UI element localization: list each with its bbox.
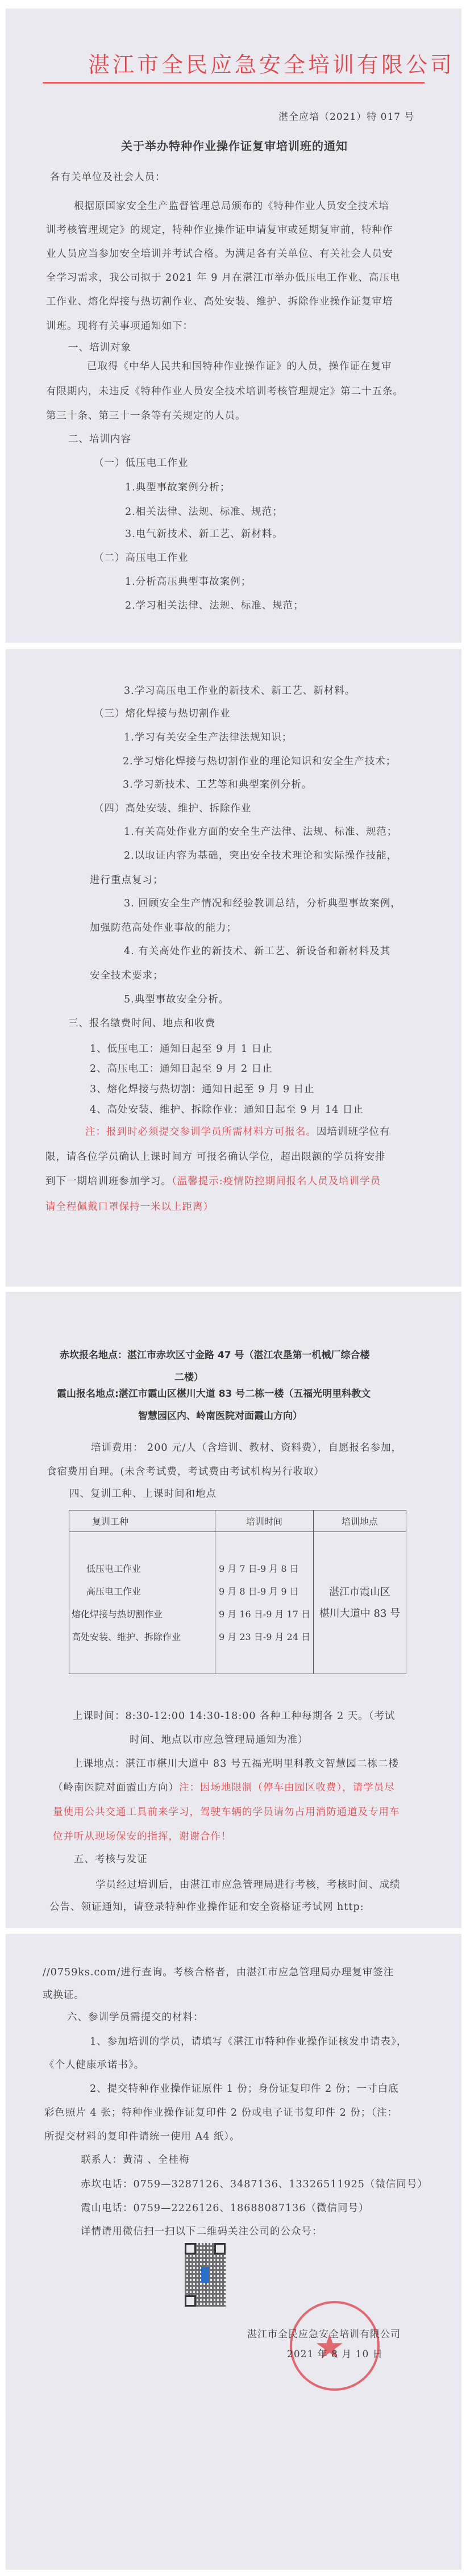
intro-line: 工作业、熔化焊接与热切割作业、高处安装、维护、拆除作业操作证复审培 [46, 294, 393, 308]
list-item: 进行重点复习； [90, 872, 164, 887]
table-row: 高处安装、维护、拆除作业 [69, 1626, 215, 1649]
signature-company: 湛江市全民应急安全培训有限公司 [247, 2326, 401, 2340]
qr-finder-icon [214, 2243, 226, 2254]
table-header: 复训工种 [69, 1510, 215, 1532]
list-item: 1.学习有关安全生产法律法规知识； [124, 730, 292, 744]
company-header: 湛江市全民应急安全培训有限公司 [88, 47, 455, 78]
group-title: （一）低压电工作业 [94, 455, 189, 469]
material-item: 2、提交特种作业操作证原件 1 份；身份证复印件 2 份；一寸白底 [90, 2081, 399, 2095]
list-item: 3.学习新技术、工艺等和典型案例分析。 [123, 777, 312, 791]
list-item: 1.典型事故案例分析； [125, 480, 230, 494]
section1-line: 已取得《中华人民共和国特种作业操作证》的人员，操作证在复审 [87, 359, 392, 373]
qr-finder-icon [185, 2295, 196, 2307]
group-title: （三）熔化焊接与热切割作业 [94, 706, 231, 720]
table-row: 9 月 16 日-9 月 17 日 [219, 1603, 313, 1626]
list-item: 3.电气新技术、新工艺、新材料。 [125, 526, 283, 540]
contact-people: 联系人：黄清 、全桂梅 [81, 2152, 190, 2166]
material-item: 彩色照片 4 张；特种作业操作证复印件 2 份或电子证书复印件 2 份；（注： [44, 2105, 398, 2119]
page-2: 3.学习高压电工作业的新技术、新工艺、新材料。 （三）熔化焊接与热切割作业 1.… [6, 649, 461, 1287]
chikan-phone: 赤坎电话：0759—3287126、3487136、13326511925（微信… [81, 2177, 428, 2191]
qr-logo-icon [201, 2267, 209, 2283]
class-place-landmark: （岭南医院对面霞山方向） [53, 1782, 179, 1793]
intro-line: 训考核管理规定》的规定，特种作业操作证申请复审或延期复审前，特种作 [46, 222, 393, 236]
registration-note-line1: 注：报到时必须提交参训学员所需材料方可报名。因培训班学位有 [85, 1124, 390, 1138]
job-type-cell: 低压电工作业 高压电工作业 熔化焊接与热切割作业 高处安装、维护、拆除作业 [69, 1532, 215, 1674]
group-title: （二）高压电工作业 [94, 550, 189, 564]
section5-line: 或换证。 [43, 1987, 85, 2001]
list-item: 1.分析高压典型事故案例； [125, 574, 251, 588]
doc-title: 关于举办特种作业操作证复审培训班的通知 [121, 137, 348, 153]
group-title: （四）高处安装、维护、拆除作业 [94, 801, 252, 815]
list-item: 2.相关法律、法规、标准、规范； [125, 504, 283, 518]
location-line: 椹川大道中 83 号 [314, 1603, 406, 1625]
intro-line: 业人员应当参加安全培训并考试合格。为满足各有关单位、有关社会人员安 [46, 246, 393, 260]
chikan-location: 赤坎报名地点：湛江市赤坎区寸金路 47 号（湛江农垦第一机械厂综合楼 [60, 1347, 370, 1361]
location-line: 湛江市霞山区 [314, 1582, 406, 1603]
section5-line: //0759ks.com/进行查询。考核合格者，由湛江市应急管理局办理复审签注 [43, 1965, 394, 1979]
parking-note: 位并听从现场保安的指挥，谢谢合作！ [53, 1829, 232, 1843]
page-1: 湛江市全民应急安全培训有限公司 湛全应培（2021）特 017 号 关于举办特种… [6, 9, 461, 643]
header-cell: 复训工种 [92, 1516, 128, 1527]
registration-note-red: 注：报到时必须提交参训学员所需材料方可报名。 [85, 1126, 317, 1138]
material-item: 《个人健康承诺书》。 [44, 2057, 144, 2071]
covid-reminder-line2: 请全程佩戴口罩保持一米以上距离） [45, 1199, 214, 1213]
material-item: 所提交材料的复印件请统一使用 A4 纸）。 [44, 2129, 240, 2143]
list-item: 2.学习熔化焊接与热切割作业的理论知识和安全生产技术； [123, 754, 396, 768]
section-heading: 二、培训内容 [68, 431, 131, 446]
list-item: 加强防范高处作业事故的能力； [90, 920, 237, 934]
registration-note-black: 到下一期培训班参加学习。 [45, 1176, 172, 1187]
deadline-item: 3、熔化焊接与热切割：通知日起至 9 月 9 日止 [90, 1081, 315, 1096]
section1-line: 第三十条、第三十一条等有关规定的人员。 [46, 408, 246, 422]
class-time: 时间、地点以市应急管理局通知为准） [130, 1732, 309, 1746]
section-heading: 六、参训学员需提交的材料： [67, 2009, 204, 2024]
xiashan-location: 智慧园区内、岭南医院对面霞山方向） [138, 1408, 302, 1422]
section-heading: 五、考核与发证 [74, 1851, 148, 1866]
table-row: 低压电工作业 [69, 1558, 215, 1580]
wechat-prompt: 详情请用微信扫一扫以下二维码关注公司的公众号： [81, 2224, 323, 2238]
class-place-line2: （岭南医院对面霞山方向）注：因场地限制（停车由园区收费），请学员尽 [53, 1780, 395, 1794]
schedule-table: 复训工种 培训时间 培训地点 低压电工作业 高压电工作业 熔化焊接与热切割作业 … [69, 1510, 406, 1674]
section-heading: 三、报名缴费时间、地点和收费 [68, 1016, 215, 1030]
deadline-item: 2、高压电工：通知日起至 9 月 2 日止 [90, 1061, 273, 1075]
list-item: 3. 回顾安全生产情况和经验教训总结，分析典型事故案例， [124, 896, 401, 910]
doc-number: 湛全应培（2021）特 017 号 [278, 109, 415, 123]
list-item: 安全技术要求； [90, 968, 164, 982]
deadline-item: 4、高处安装、维护、拆除作业：通知日起至 9 月 14 日止 [90, 1102, 364, 1116]
material-item: 1、参加培训的学员，请填写《湛江市特种作业操作证核发申请表》， [90, 2034, 407, 2048]
section-heading: 四、复训工种、上课时间和地点 [69, 1486, 217, 1500]
intro-line: 训班。现将有关事项通知如下： [46, 318, 193, 332]
xiashan-location: 霞山报名地点:湛江市霞山区椹川大道 83 号二栋一楼（五福光明里科教文 [57, 1385, 371, 1400]
salutation: 各有关单位及社会人员： [50, 169, 166, 184]
list-item: 2.学习相关法律、法规、标准、规范； [125, 598, 304, 612]
table-header: 培训时间 [215, 1510, 314, 1532]
time-cell: 9 月 7 日-9 月 8 日 9 月 8 日-9 月 9 日 9 月 16 日… [215, 1532, 314, 1674]
section5-line: 公告、领证通知，请登录特种作业操作证和安全资格证考试网 http: [49, 1899, 364, 1913]
table-row: 9 月 23 日-9 月 24 日 [219, 1626, 313, 1649]
parking-note: 量使用公共交通工具前来学习，驾驶车辆的学员请勿占用消防通道及专用车 [53, 1804, 400, 1818]
fee-line: 食宿费用自理。(未含考试费，考试费由考试机构另行收取） [47, 1464, 324, 1478]
section1-line: 有限期内，未违反《特种作业人员安全技术培训考核管理规定》第二十五条。 [46, 384, 403, 398]
header-cell: 培训地点 [342, 1516, 378, 1527]
class-place: 上课地点：湛江市椹川大道中 83 号五福光明里科教文智慧园二栋二楼 [73, 1756, 399, 1770]
class-time: 上课时间：8:30-12:00 14:30-18:00 各种工种每期各 2 天。… [73, 1708, 396, 1722]
page-3: 赤坎报名地点：湛江市赤坎区寸金路 47 号（湛江农垦第一机械厂综合楼 二楼） 霞… [6, 1292, 461, 1928]
chikan-location: 二楼） [174, 1369, 203, 1383]
list-item: 5.典型事故安全分析。 [124, 992, 229, 1006]
xiashan-phone: 霞山电话：0759—2226126、18688087136（微信同号） [81, 2200, 369, 2215]
parking-note: 注：因场地限制（停车由园区收费），请学员尽 [179, 1782, 395, 1793]
registration-note-black: 因培训班学位有 [317, 1126, 390, 1138]
location-cell: 湛江市霞山区 椹川大道中 83 号 [314, 1532, 406, 1674]
deadline-item: 1、低压电工：通知日起至 9 月 1 日止 [90, 1041, 273, 1055]
registration-note-line2: 限，请各位学员确认上课时间方 可报名确认学位，超出限额的学员将安排 [45, 1149, 386, 1163]
header-red-rule [43, 82, 425, 84]
table-row: 9 月 8 日-9 月 9 日 [219, 1580, 313, 1603]
page-4: //0759ks.com/进行查询。考核合格者，由湛江市应急管理局办理复审签注 … [6, 1934, 461, 2570]
signature-date: 2021 年 8 月 10 日 [287, 2346, 383, 2360]
intro-line: 根据原国家安全生产监督管理总局颁布的《特种作业人员安全技术培 [74, 198, 389, 213]
section-heading: 一、培训对象 [68, 340, 131, 354]
table-header: 培训地点 [314, 1510, 406, 1532]
fee-line: 培训费用： 200 元/人（含培训、教材、资料费），自愿报名参加， [91, 1440, 402, 1454]
header-cell: 培训时间 [246, 1516, 282, 1527]
table-row: 9 月 7 日-9 月 8 日 [219, 1558, 313, 1580]
list-item: 3.学习高压电工作业的新技术、新工艺、新材料。 [124, 683, 355, 697]
list-item: 1.有关高处作业方面的安全生产法律、法规、标准、规范； [124, 824, 397, 838]
table-row: 熔化焊接与热切割作业 [69, 1603, 215, 1626]
covid-reminder: （温馨提示:疫情防控期间报名人员及培训学员 [172, 1176, 381, 1187]
intro-line: 全学习需求，我公司拟于 2021 年 9 月在湛江市举办低压电工作业、高压电 [46, 270, 400, 284]
section5-line: 学员经过培训后，由湛江市应急管理局进行考核，考核时间、成绩 [95, 1877, 401, 1891]
wechat-qr-code[interactable] [185, 2243, 226, 2307]
list-item: 4. 有关高处作业的新技术、新工艺、新设备和新材料及其 [124, 943, 390, 958]
qr-finder-icon [185, 2243, 196, 2254]
table-row: 高压电工作业 [69, 1580, 215, 1603]
registration-note-line3: 到下一期培训班参加学习。（温馨提示:疫情防控期间报名人员及培训学员 [45, 1173, 381, 1188]
list-item: 2.以取证内容为基础，突出安全技术理论和实际操作技能， [124, 848, 397, 862]
